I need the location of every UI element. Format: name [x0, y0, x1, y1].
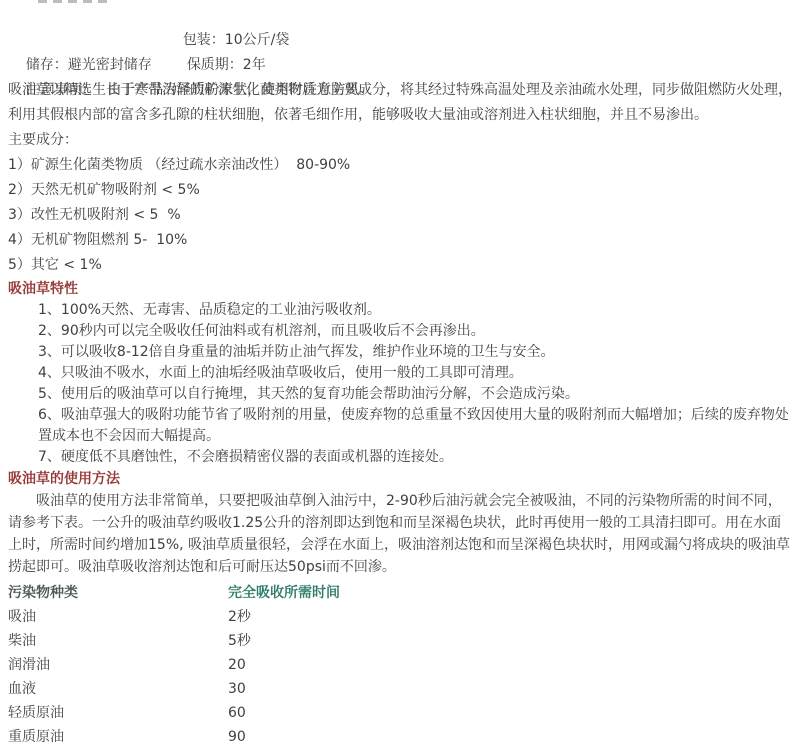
table-header-time: 完全吸收所需时间	[228, 581, 792, 605]
time-cell: 30	[228, 677, 792, 701]
time-cell: 20	[228, 653, 792, 677]
absorption-time-table: 污染物种类 完全吸收所需时间 吸油 2秒 柴油 5秒 润滑油 20 血液 30 …	[8, 581, 792, 746]
usage-paragraph: 吸油草的使用方法非常简单，只要把吸油草倒入油污中，2-90秒后油污就会完全被吸油…	[8, 490, 792, 578]
feature-item: 2、90秒内可以完全吸收任何油料或有机溶剂，而且吸收后不会再渗出。	[38, 321, 792, 342]
features-title: 吸油草特性	[8, 278, 792, 300]
ingredient-item: 3）改性无机吸附剂 < 5 %	[8, 203, 792, 228]
time-cell: 5秒	[228, 629, 792, 653]
pollutant-cell: 柴油	[8, 629, 228, 653]
ingredient-item: 4）无机矿物阻燃剂 5- 10%	[8, 228, 792, 253]
ingredients-list: 1）矿源生化菌类物质 （经过疏水亲油改性） 80-90% 2）天然无机矿物吸附剂…	[8, 153, 792, 278]
table-header-row: 污染物种类 完全吸收所需时间	[8, 581, 792, 605]
time-cell: 60	[228, 701, 792, 725]
table-row: 柴油 5秒	[8, 629, 792, 653]
feature-item: 6、吸油草强大的吸附功能节省了吸附剂的用量，使废弃物的总重量不致因使用大量的吸附…	[38, 405, 792, 447]
time-cell: 2秒	[228, 605, 792, 629]
table-row: 润滑油 20	[8, 653, 792, 677]
storage-text: 储存：避光密封储存	[26, 57, 152, 73]
storage-line: 储存：避光密封储存保质期：2年	[8, 28, 792, 53]
table-row: 轻质原油 60	[8, 701, 792, 725]
features-list: 1、100%天然、无毒害、品质稳定的工业油污吸收剂。 2、90秒内可以完全吸收任…	[8, 300, 792, 468]
ingredient-item: 2）天然无机矿物吸附剂 < 5%	[8, 178, 792, 203]
feature-item: 3、可以吸收8-12倍自身重量的油垢并防止油气挥发，维护作业环境的卫生与安全。	[38, 342, 792, 363]
pollutant-cell: 吸油	[8, 605, 228, 629]
table-row: 重质原油 90	[8, 725, 792, 746]
pollutant-cell: 血液	[8, 677, 228, 701]
feature-item: 5、使用后的吸油草可以自行掩埋，其天然的复育功能会帮助油污分解，不会造成污染。	[38, 384, 792, 405]
intro-paragraph: 吸油草以精选生长于寒带沼泽的矿源生化菌类物质为主要成分，将其经过特殊高温处理及亲…	[8, 78, 792, 128]
packaging-text: 包装：10公斤/袋	[183, 32, 290, 48]
ingredient-item: 1）矿源生化菌类物质 （经过疏水亲油改性） 80-90%	[8, 153, 792, 178]
table-header-pollutant: 污染物种类	[8, 581, 228, 605]
pollutant-cell: 轻质原油	[8, 701, 228, 725]
feature-item: 1、100%天然、无毒害、品质稳定的工业油污吸收剂。	[38, 300, 792, 321]
time-cell: 90	[228, 725, 792, 746]
table-row: 血液 30	[8, 677, 792, 701]
shelf-life-text: 保质期：2年	[187, 57, 266, 73]
pollutant-cell: 重质原油	[8, 725, 228, 746]
feature-item: 7、硬度低不具磨蚀性，不会磨损精密仪器的表面或机器的连接处。	[38, 447, 792, 468]
ingredient-item: 5）其它 < 1%	[8, 253, 792, 278]
usage-title: 吸油草的使用方法	[8, 468, 792, 490]
pollutant-cell: 润滑油	[8, 653, 228, 677]
table-row: 吸油 2秒	[8, 605, 792, 629]
ingredients-title: 主要成分：	[8, 128, 792, 153]
packaging-line: 包装：10公斤/袋	[8, 3, 792, 28]
truncated-text-remnant	[38, 0, 112, 3]
product-document: 包装：10公斤/袋 储存：避光密封储存保质期：2年 注意事项： 由于产品为轻质粉…	[0, 0, 800, 746]
feature-item: 4、只吸油不吸水，水面上的油垢经吸油草吸收后，使用一般的工具即可清理。	[38, 363, 792, 384]
